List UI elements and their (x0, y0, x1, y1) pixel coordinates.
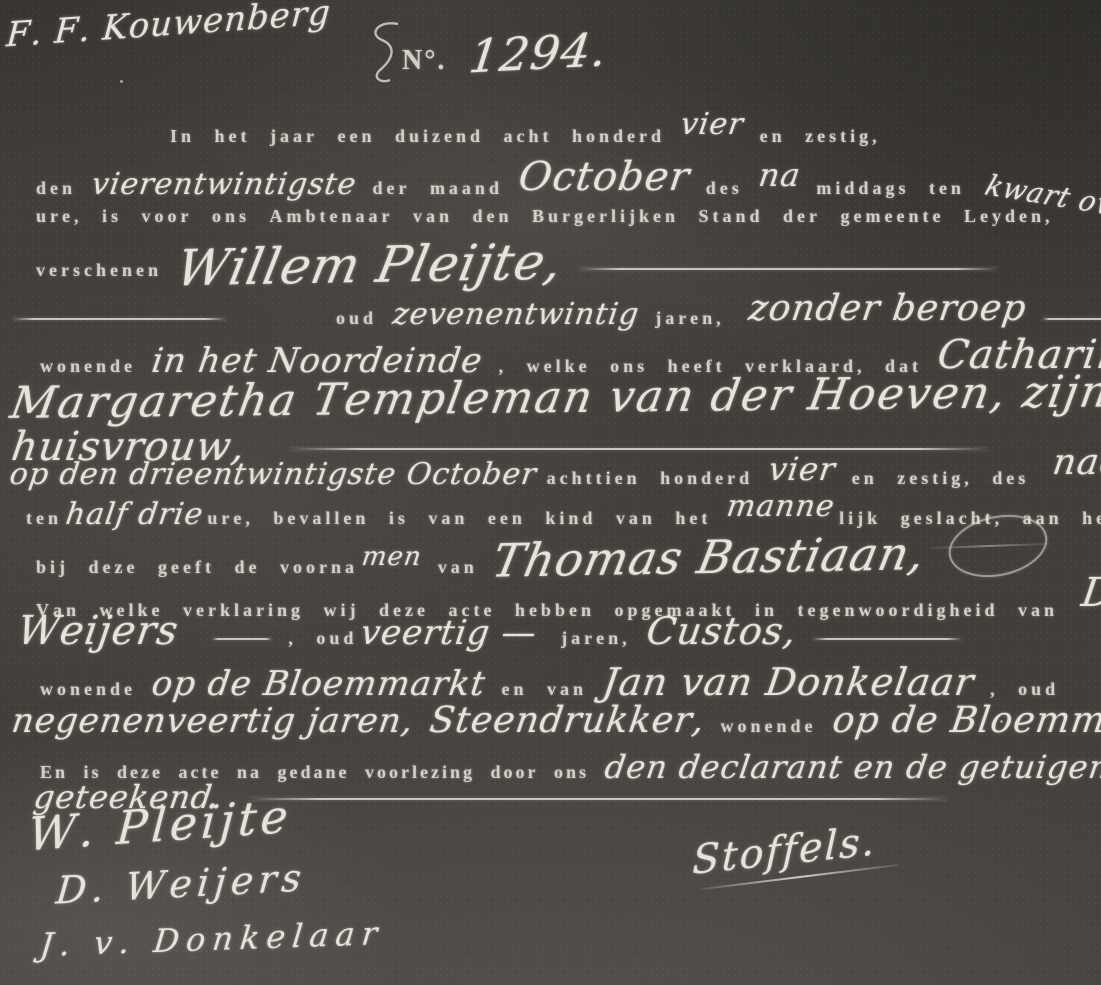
act-line-1: In het jaar een duizend acht honderd vie… (170, 115, 881, 150)
registrar-signature: Stoffels. (692, 818, 877, 884)
blank-rule (289, 448, 989, 450)
act-line-13: Weijers , oud veertig — jaren, Custos, (18, 608, 962, 654)
printed-text: bij deze geeft de voorna (36, 557, 358, 577)
printed-text: ten (26, 508, 62, 528)
witness2-signature-line: J. v. Donkelaar (39, 914, 384, 964)
name-suffix-handwritten: men (360, 542, 424, 572)
printed-text: en van (501, 679, 587, 699)
printed-text: middags ten (816, 178, 965, 198)
birth-time-handwritten: half drie (64, 497, 206, 532)
act-number-value: 1294. (467, 22, 611, 83)
act-line-3: ure, is voor ons Ambtenaar van den Burge… (36, 206, 1053, 227)
printed-text: ure, bevallen is van een kind van het (207, 508, 711, 528)
child-name-handwritten: Thomas Bastiaan, (488, 526, 930, 588)
witness2-name-handwritten: Jan van Donkelaar (600, 660, 977, 704)
act-line-14: wonende op de Bloemmarkt en van Jan van … (40, 660, 1059, 704)
witness2-signature: J. v. Donkelaar (38, 914, 386, 964)
blank-rule (578, 268, 998, 270)
printed-text: jaren, (655, 308, 724, 328)
printed-text: en zestig, des (852, 468, 1029, 488)
blank-rule (212, 638, 272, 640)
declarant-age-handwritten: zevenentwintig (391, 297, 642, 332)
printed-text: den (36, 178, 76, 198)
act-line-7: Margaretha Templeman van der Hoeven, zij… (12, 372, 1101, 423)
act-line-10: ten half drie ure, bevallen is van een k… (26, 494, 1101, 532)
mother-name-handwritten: Margaretha Templeman van der Hoeven, zij… (7, 366, 1101, 429)
dust-specks (120, 80, 123, 83)
blank-rule (1042, 318, 1101, 320)
blank-rule (812, 638, 962, 640)
printed-text: ure, is voor ons Ambtenaar van den Burge… (36, 206, 1053, 226)
day-handwritten: vierentwintigste (90, 167, 359, 202)
printed-text: In het jaar een duizend acht honderd (170, 126, 665, 146)
act-line-5: oud zevenentwintig jaren, zonder beroep (12, 292, 1101, 333)
printed-text: wonende (720, 716, 816, 736)
year-word-handwritten: vier (679, 107, 747, 142)
printed-text: van (438, 557, 478, 577)
birth-date-handwritten: op den drieentwintigste October (8, 457, 540, 492)
clerk-signature-line: F. F. Kouwenberg (5, 0, 332, 55)
printed-text: , oud (288, 628, 357, 648)
birth-record-photo: F. F. Kouwenberg N°. 1294. In het jaar e… (0, 0, 1101, 985)
witness1-last-name-handwritten: Weijers (15, 608, 182, 654)
witness1-age-handwritten: veertig — (359, 613, 540, 653)
act-line-4: verschenen Willem Pleijte, (36, 236, 998, 294)
blank-rule (12, 318, 227, 320)
witness2-occupation-handwritten: Steendrukker, (427, 700, 708, 741)
witness2-address-handwritten: op de Bloemmarkt, (830, 700, 1101, 741)
declarant-occupation-handwritten: zonder beroep (746, 288, 1029, 329)
witness1-address-handwritten: op de Bloemmarkt (149, 664, 488, 704)
witness1-signature: D. Weijers (54, 855, 308, 912)
witness1-first-name-handwritten: Dirk (1079, 570, 1101, 616)
registrar-signature-line: Stoffels. (690, 818, 879, 883)
witness1-occupation-handwritten: Custos, (644, 609, 800, 653)
month-handwritten: October (516, 154, 693, 200)
printed-text: , oud (990, 679, 1059, 699)
printed-text: der maand (372, 178, 503, 198)
daypart-handwritten: nachts (1050, 442, 1101, 483)
printed-text: wonende (40, 679, 136, 699)
witness1-signature-line: D. Weijers (55, 855, 307, 912)
act-line-9: op den drieentwintigste October achttien… (10, 452, 1101, 493)
gender-prefix-handwritten: manne (725, 489, 838, 524)
printed-text: achttien honderd (547, 468, 754, 488)
act-line-11: bij deze geeft de voorna men van Thomas … (36, 530, 924, 584)
act-line-15: negenenveertig jaren, Steendrukker, wone… (12, 700, 1101, 741)
signature-flourish-icon (360, 18, 408, 88)
act-line-2: den vierentwintigste der maand October d… (36, 158, 1101, 204)
witness2-age-handwritten: negenenveertig jaren, (9, 701, 416, 741)
printed-text: en zestig, (760, 126, 881, 146)
printed-text: jaren, (561, 628, 630, 648)
printed-text: oud (336, 308, 377, 328)
clerk-signature: F. F. Kouwenberg (5, 0, 332, 55)
printed-text: des (706, 178, 743, 198)
daypart-prefix-handwritten: na (756, 156, 803, 194)
act-number-label: N°. (402, 45, 446, 76)
act-number-line: N°. 1294. (402, 26, 607, 80)
declarant-name-handwritten: Willem Pleijte, (172, 233, 568, 298)
printed-text: verschenen (36, 260, 162, 280)
year-word-handwritten: vier (767, 450, 839, 488)
blank-rule (248, 798, 948, 800)
